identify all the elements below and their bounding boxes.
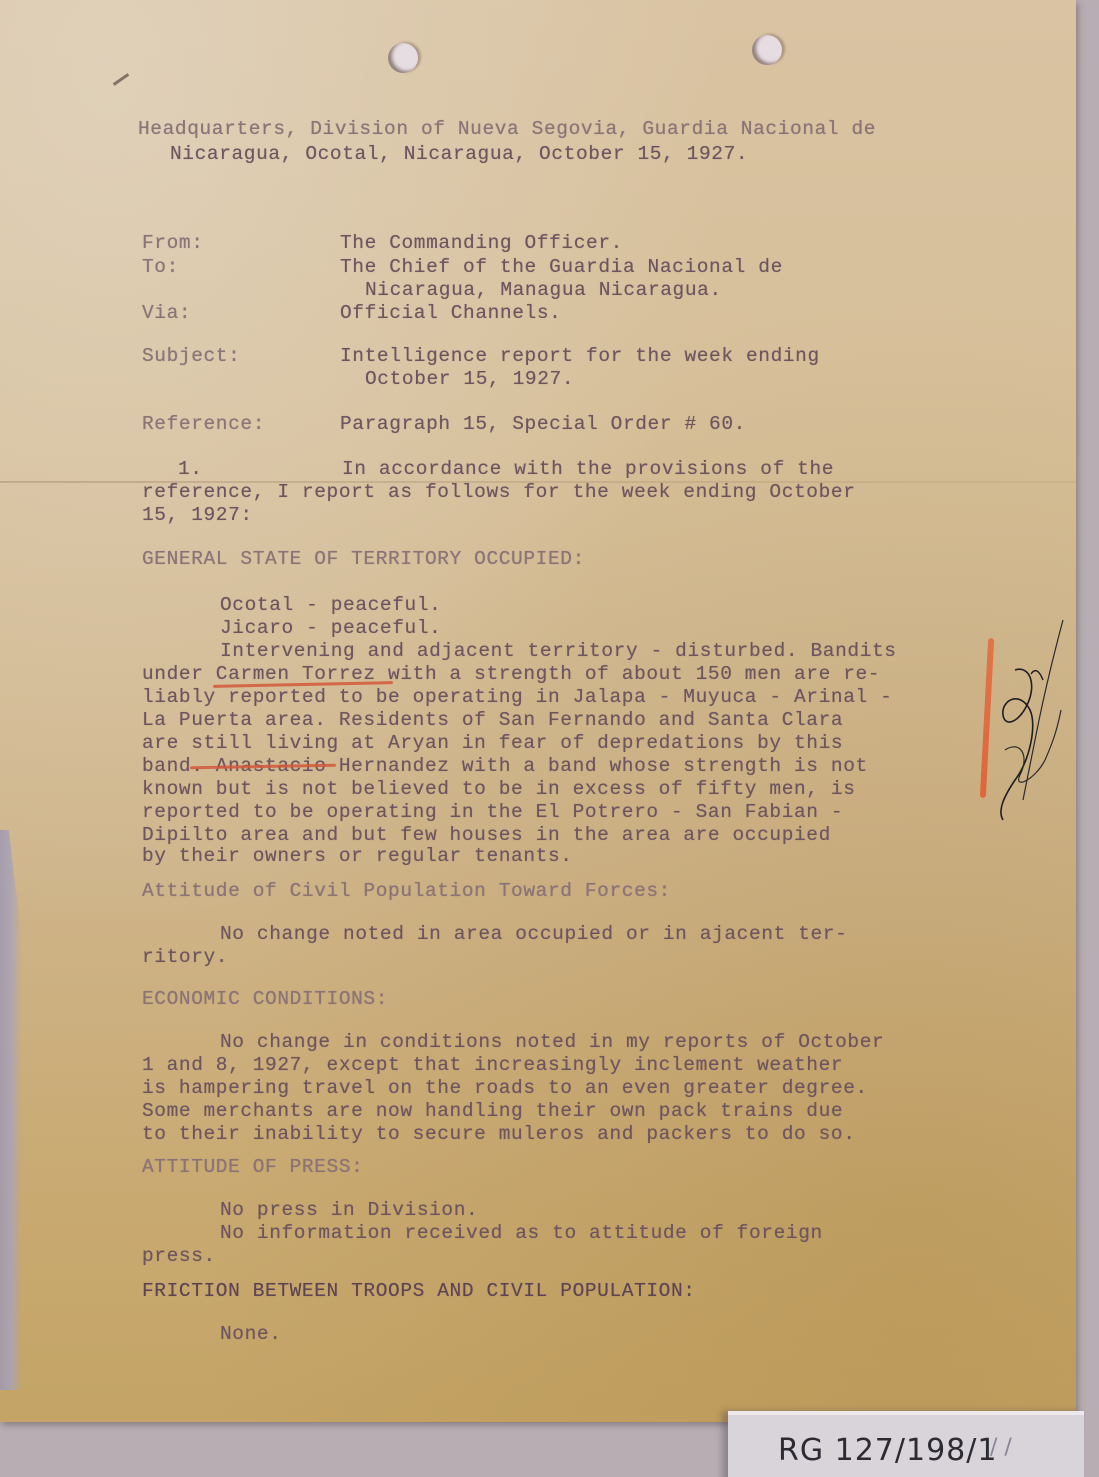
punch-hole-icon: [752, 35, 782, 65]
intro-line-3: 15, 1927:: [142, 504, 253, 526]
staple-mark-icon: [113, 73, 129, 86]
archive-reference: RG 127/198/1: [778, 1433, 997, 1468]
section-line: 1 and 8, 1927, except that increasingly …: [142, 1054, 843, 1076]
section-title-friction: FRICTION BETWEEN TROOPS AND CIVIL POPULA…: [142, 1280, 696, 1302]
archive-label-card: RG 127/198/1 / /: [728, 1411, 1084, 1477]
archive-tick-marks: / /: [990, 1435, 1012, 1460]
section-line: No press in Division.: [220, 1199, 478, 1221]
to-label: To:: [142, 256, 179, 278]
section-line: Intervening and adjacent territory - dis…: [220, 640, 897, 662]
punch-hole-icon: [388, 43, 418, 73]
section-line: No information received as to attitude o…: [220, 1222, 823, 1244]
section-title-press: ATTITUDE OF PRESS:: [142, 1156, 363, 1178]
subject-value-line-1: Intelligence report for the week ending: [340, 345, 820, 367]
from-value: The Commanding Officer.: [340, 232, 623, 254]
section-line: No change in conditions noted in my repo…: [220, 1031, 884, 1053]
section-title-civil-attitude: Attitude of Civil Population Toward Forc…: [142, 880, 671, 902]
section-line: Jicaro - peaceful.: [220, 617, 441, 639]
section-line: known but is not believed to be in exces…: [142, 778, 856, 800]
section-line: La Puerta area. Residents of San Fernand…: [142, 709, 843, 731]
to-value-line-1: The Chief of the Guardia Nacional de: [340, 256, 783, 278]
section-line: under Carmen Torrez with a strength of a…: [142, 663, 880, 685]
subject-label: Subject:: [142, 345, 240, 367]
paragraph-number: 1.: [178, 458, 203, 480]
section-line: Ocotal - peaceful.: [220, 594, 441, 616]
torn-edge: [0, 830, 22, 1390]
section-line: by their owners or regular tenants.: [142, 845, 573, 867]
reference-value: Paragraph 15, Special Order # 60.: [340, 413, 746, 435]
document-page: Headquarters, Division of Nueva Segovia,…: [0, 0, 1076, 1422]
reference-label: Reference:: [142, 413, 265, 435]
section-line: Dipilto area and but few houses in the a…: [142, 824, 831, 846]
signature-icon: [975, 610, 1070, 835]
heading-line-2: Nicaragua, Ocotal, Nicaragua, October 15…: [170, 143, 748, 165]
section-title-economic: ECONOMIC CONDITIONS:: [142, 988, 388, 1010]
section-line: is hampering travel on the roads to an e…: [142, 1077, 868, 1099]
via-label: Via:: [142, 302, 191, 324]
intro-line-2: reference, I report as follows for the w…: [142, 481, 856, 503]
section-line: reported to be operating in the El Potre…: [142, 801, 843, 823]
section-title-general-state: GENERAL STATE OF TERRITORY OCCUPIED:: [142, 548, 585, 570]
section-line: press.: [142, 1245, 216, 1267]
from-label: From:: [142, 232, 204, 254]
via-value: Official Channels.: [340, 302, 561, 324]
section-line: to their inability to secure muleros and…: [142, 1123, 856, 1145]
heading-line-1: Headquarters, Division of Nueva Segovia,…: [138, 118, 876, 140]
section-line: Some merchants are now handling their ow…: [142, 1100, 843, 1122]
section-line: No change noted in area occupied or in a…: [220, 923, 847, 945]
intro-line-1: In accordance with the provisions of the: [342, 458, 834, 480]
to-value-line-2: Nicaragua, Managua Nicaragua.: [365, 279, 722, 301]
section-line: liably reported to be operating in Jalap…: [142, 686, 892, 708]
section-line: are still living at Aryan in fear of dep…: [142, 732, 843, 754]
section-line: None.: [220, 1323, 282, 1345]
section-line: ritory.: [142, 946, 228, 968]
subject-value-line-2: October 15, 1927.: [365, 368, 574, 390]
